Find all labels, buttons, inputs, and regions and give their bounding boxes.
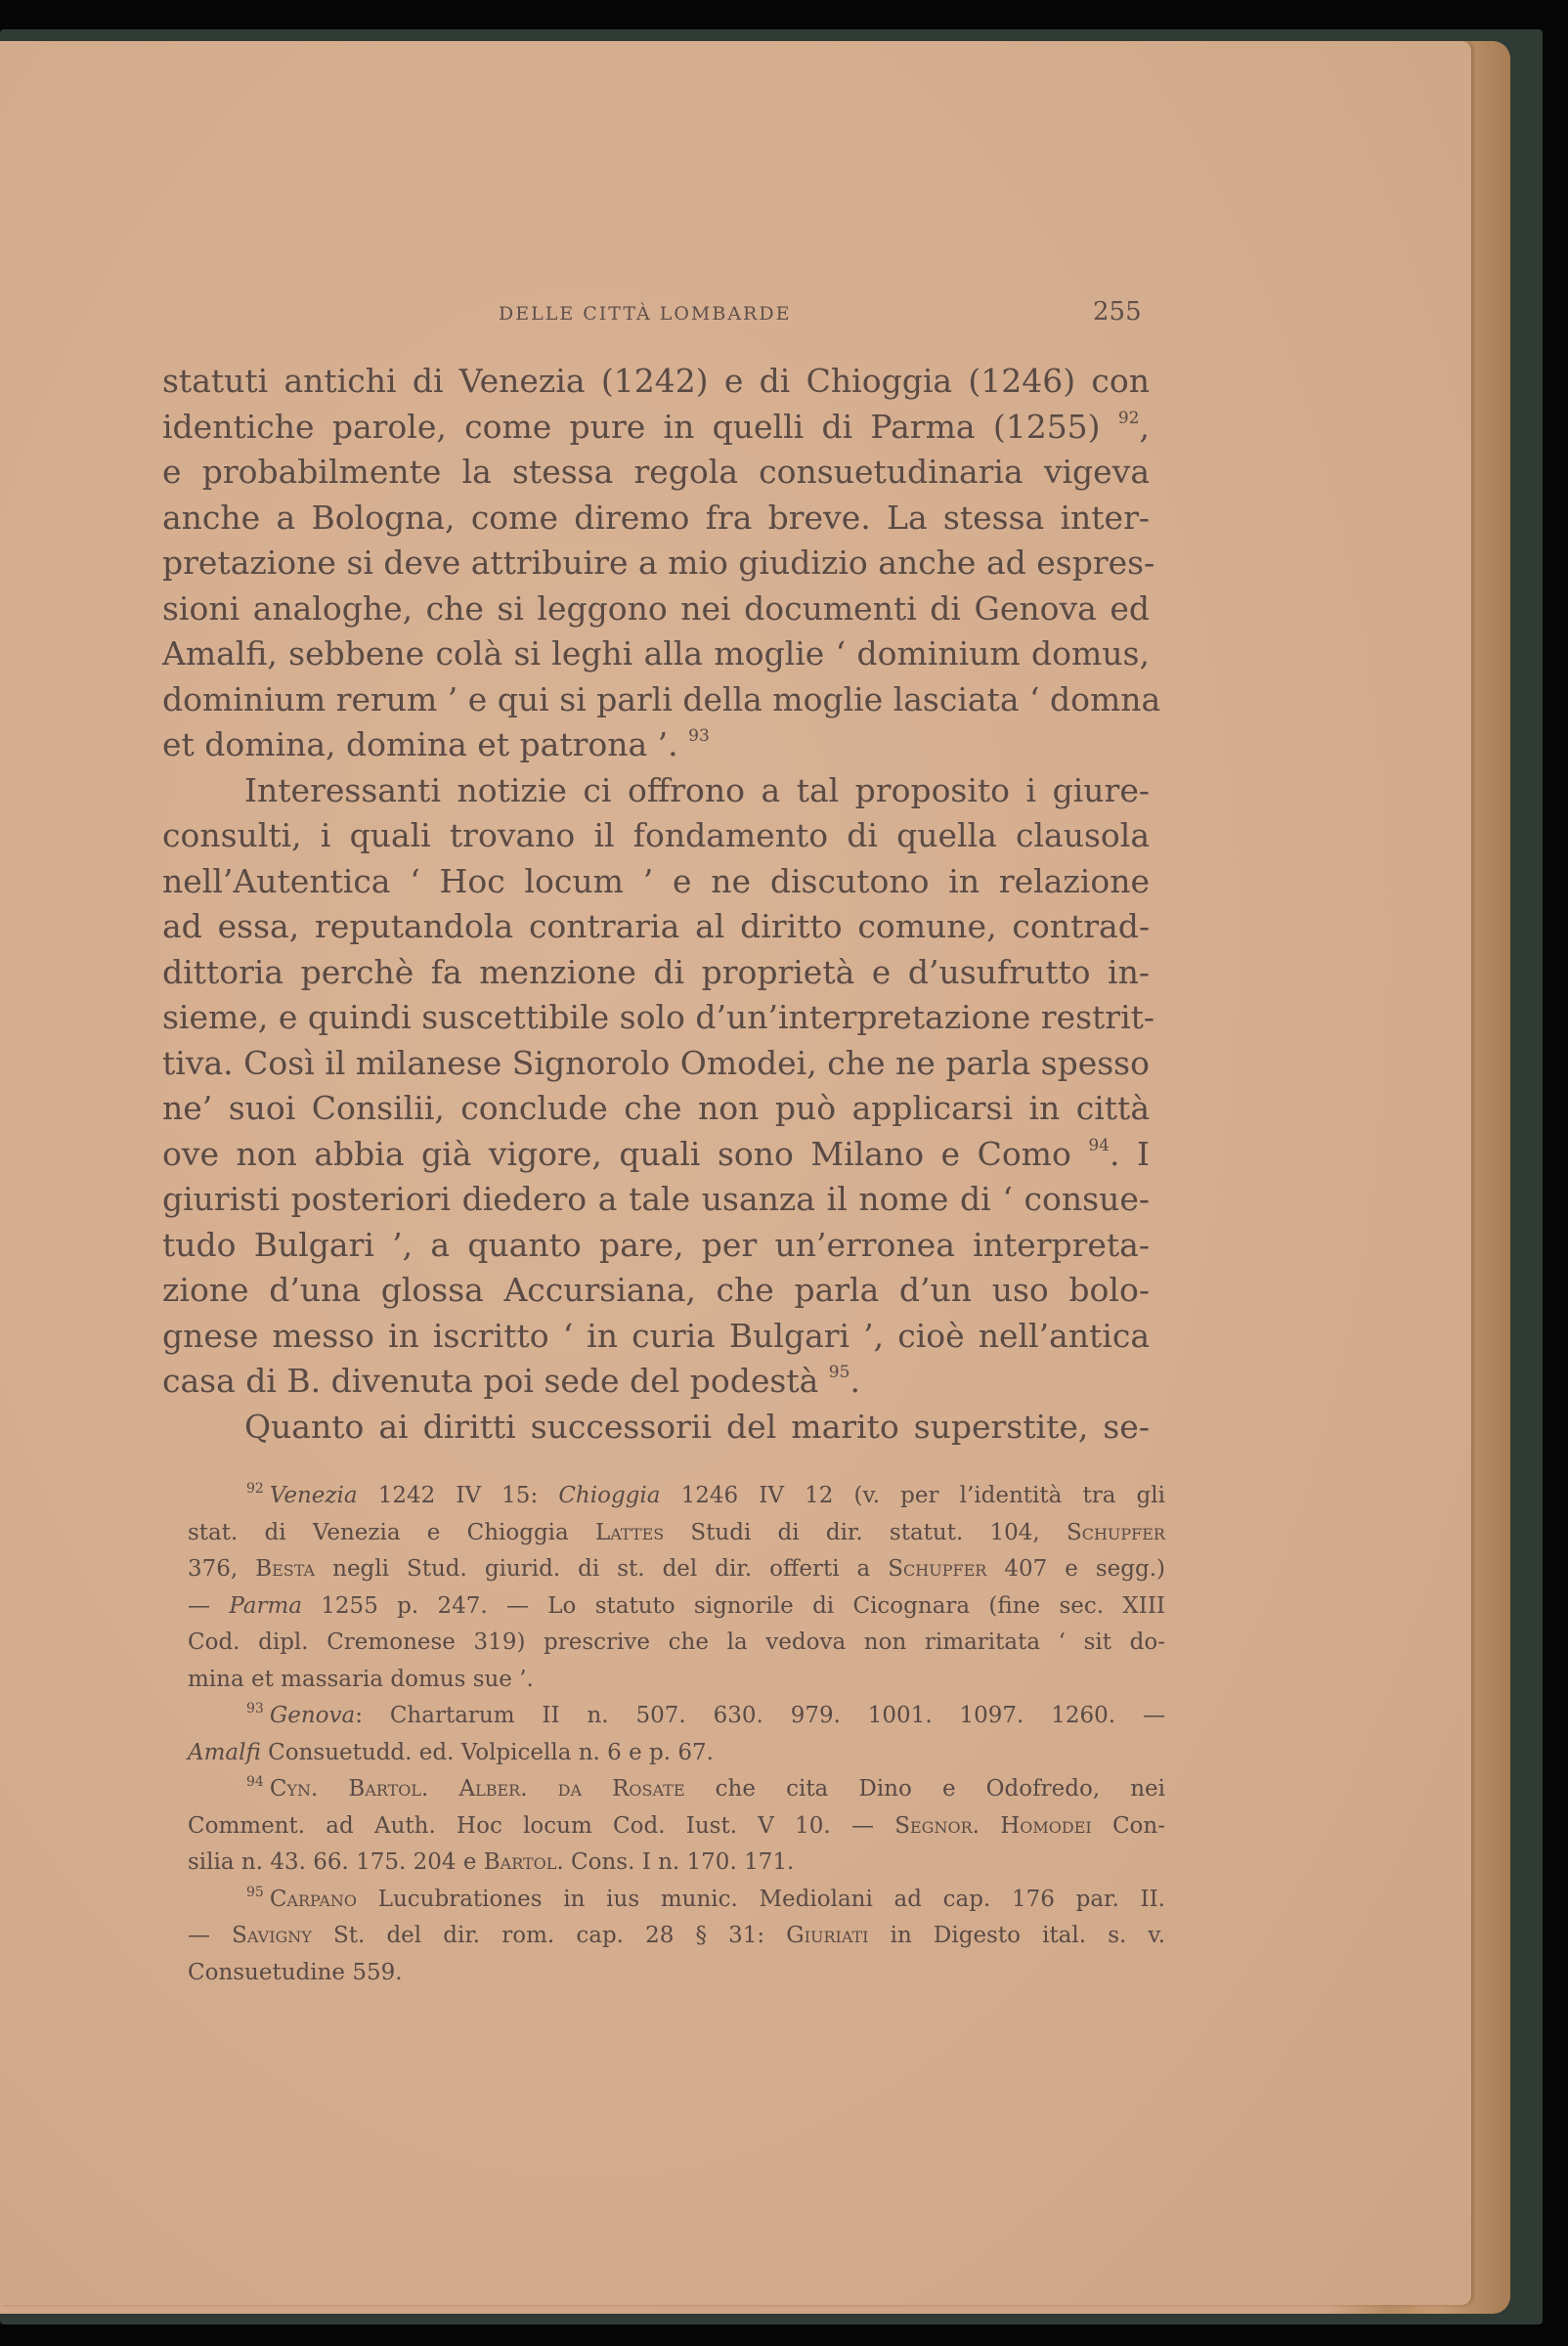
footnote-ref-94[interactable]: 94 xyxy=(1088,1136,1110,1155)
page-number: 255 xyxy=(1093,297,1142,326)
footnote-marker: 94 xyxy=(246,1774,264,1790)
footnote-marker: 95 xyxy=(246,1885,264,1900)
running-title: DELLE CITTÀ LOMBARDE xyxy=(499,303,791,325)
footnote-line: — Savigny St. del dir. rom. cap. 28 § 31… xyxy=(188,1918,1165,1955)
text-fragment: — xyxy=(188,1923,232,1948)
author-name: Schupfer xyxy=(1067,1520,1165,1545)
text-line: dittoria perchè fa menzione di proprietà… xyxy=(162,950,1150,996)
text-line: sieme, e quindi suscettibile solo d’un’i… xyxy=(162,995,1150,1041)
text-fragment: Comment. ad Auth. Hoc locum Cod. Iust. V… xyxy=(188,1813,894,1839)
text-line: giuristi posteriori diedero a tale usanz… xyxy=(162,1177,1150,1223)
text-fragment: casa di B. divenuta poi sede del podestà xyxy=(162,1362,818,1400)
text-fragment: Parma xyxy=(229,1593,302,1619)
text-line: ne’ suoi Consilii, conclude che non può … xyxy=(162,1086,1150,1132)
author-name: Bartol. xyxy=(484,1849,564,1875)
footnote-line: mina et massaria domus sue ’. xyxy=(188,1662,1165,1699)
text-fragment: et domina, domina et patrona ’. xyxy=(162,725,678,763)
text-fragment: . I xyxy=(1110,1135,1150,1173)
author-name: Savigny xyxy=(232,1923,312,1948)
footnote-line: Cod. dipl. Cremonese 319) prescrive che … xyxy=(188,1625,1165,1662)
footnote-marker: 92 xyxy=(246,1481,264,1497)
text-fragment: Consuetudd. ed. Volpicella n. 6 e p. 67. xyxy=(261,1740,714,1765)
text-fragment: St. del dir. rom. cap. 28 § 31: xyxy=(312,1923,786,1948)
text-line: identiche parole, come pure in quelli di… xyxy=(162,405,1150,451)
footnote-line: — Parma 1255 p. 247. — Lo statuto signor… xyxy=(188,1588,1165,1626)
text-fragment: — xyxy=(188,1593,229,1619)
text-line: consulti, i quali trovano il fondamento … xyxy=(162,813,1150,859)
footnote-92: 92Venezia 1242 IV 15: Chioggia 1246 IV 1… xyxy=(188,1478,1165,1515)
author-name: Segnor. Homodei xyxy=(894,1813,1091,1839)
text-line: nell’Autentica ‘ Hoc locum ’ e ne discut… xyxy=(162,859,1150,905)
text-line: ad essa, reputandola contraria al diritt… xyxy=(162,904,1150,950)
footnote-line: Amalfi Consuetudd. ed. Volpicella n. 6 e… xyxy=(188,1735,1165,1772)
footnote-ref-92[interactable]: 92 xyxy=(1118,409,1140,428)
text-line: e probabilmente la stessa regola consuet… xyxy=(162,450,1150,496)
text-fragment: Chioggia xyxy=(558,1483,660,1508)
text-fragment: Genova xyxy=(270,1703,355,1728)
text-fragment: ove non abbia già vigore, quali sono Mil… xyxy=(162,1135,1071,1173)
paragraph-start: Interessanti notizie ci offrono a tal pr… xyxy=(162,768,1150,814)
paragraph-start: Quanto ai diritti successorii del marito… xyxy=(162,1405,1150,1451)
footnotes: 92Venezia 1242 IV 15: Chioggia 1246 IV 1… xyxy=(188,1478,1165,1991)
text-fragment: in Digesto ital. s. v. xyxy=(869,1923,1166,1948)
text-line: pretazione si deve attribuire a mio giud… xyxy=(162,541,1150,586)
text-line: zione d’una glossa Accursiana, che parla… xyxy=(162,1268,1150,1314)
text-fragment: 407 e segg.) xyxy=(986,1556,1165,1582)
text-fragment: Lucubrationes in ius munic. Mediolani ad… xyxy=(357,1887,1165,1912)
text-fragment: stat. di Venezia e Chioggia xyxy=(188,1520,595,1545)
text-fragment: Studi di dir. statut. 104, xyxy=(664,1520,1067,1545)
text-fragment: . xyxy=(849,1362,860,1400)
footnote-line: silia n. 43. 66. 175. 204 e Bartol. Cons… xyxy=(188,1845,1165,1882)
text-line: ove non abbia già vigore, quali sono Mil… xyxy=(162,1132,1150,1178)
text-fragment: : Chartarum II n. 507. 630. 979. 1001. 1… xyxy=(355,1703,1165,1728)
text-fragment: 1255 p. 247. — Lo statuto signorile di C… xyxy=(302,1593,1165,1619)
footnote-93: 93Genova: Chartarum II n. 507. 630. 979.… xyxy=(188,1698,1165,1735)
text-line: dominium rerum ’ e qui si parli della mo… xyxy=(162,677,1150,723)
text-fragment: che cita Dino e Odofredo, nei xyxy=(685,1776,1165,1802)
author-name: Carpano xyxy=(270,1887,357,1912)
author-name: Cyn. Bartol. Alber. da Rosate xyxy=(270,1776,685,1802)
text-fragment: Venezia xyxy=(270,1483,358,1508)
text-line: sioni analoghe, che si leggono nei docum… xyxy=(162,586,1150,632)
text-fragment: Amalfi xyxy=(188,1740,261,1765)
text-fragment: negli Stud. giurid. di st. del dir. offe… xyxy=(315,1556,888,1582)
footnote-line: Comment. ad Auth. Hoc locum Cod. Iust. V… xyxy=(188,1808,1165,1846)
text-line: casa di B. divenuta poi sede del podestà… xyxy=(162,1359,1150,1405)
footnote-line: 376, Besta negli Stud. giurid. di st. de… xyxy=(188,1551,1165,1588)
text-line: statuti antichi di Venezia (1242) e di C… xyxy=(162,359,1150,405)
text-line: Amalfi, sebbene colà si leghi alla mogli… xyxy=(162,631,1150,677)
text-fragment: identiche parole, come pure in quelli di… xyxy=(162,408,1101,446)
author-name: Giuriati xyxy=(786,1923,868,1948)
author-name: Schupfer xyxy=(888,1556,986,1582)
footnote-ref-93[interactable]: 93 xyxy=(688,726,710,746)
footnote-ref-95[interactable]: 95 xyxy=(829,1363,850,1382)
footnote-95: 95Carpano Lucubrationes in ius munic. Me… xyxy=(188,1882,1165,1919)
text-fragment: silia n. 43. 66. 175. 204 e xyxy=(188,1849,484,1875)
text-fragment: 1242 IV 15: xyxy=(358,1483,559,1508)
text-fragment: Con- xyxy=(1092,1813,1165,1839)
text-line: tudo Bulgari ’, a quanto pare, per un’er… xyxy=(162,1223,1150,1269)
body-text: statuti antichi di Venezia (1242) e di C… xyxy=(162,359,1150,1450)
text-line: anche a Bologna, come diremo fra breve. … xyxy=(162,496,1150,542)
text-line: gnese messo in iscritto ‘ in curia Bulga… xyxy=(162,1314,1150,1360)
book-page: DELLE CITTÀ LOMBARDE 255 statuti antichi… xyxy=(0,41,1471,2305)
author-name: Besta xyxy=(255,1556,315,1582)
text-line: et domina, domina et patrona ’. 93 xyxy=(162,722,1150,768)
text-fragment: 376, xyxy=(188,1556,255,1582)
footnote-marker: 93 xyxy=(246,1701,264,1716)
text-fragment: Cons. I n. 170. 171. xyxy=(564,1849,795,1875)
author-name: Lattes xyxy=(595,1520,664,1545)
text-line: tiva. Così il milanese Signorolo Omodei,… xyxy=(162,1041,1150,1087)
footnote-line: Consuetudine 559. xyxy=(188,1955,1165,1992)
footnote-line: stat. di Venezia e Chioggia Lattes Studi… xyxy=(188,1515,1165,1552)
text-fragment: , xyxy=(1139,408,1150,446)
text-fragment: 1246 IV 12 (v. per l’identità tra gli xyxy=(660,1483,1165,1508)
footnote-94: 94Cyn. Bartol. Alber. da Rosate che cita… xyxy=(188,1771,1165,1808)
